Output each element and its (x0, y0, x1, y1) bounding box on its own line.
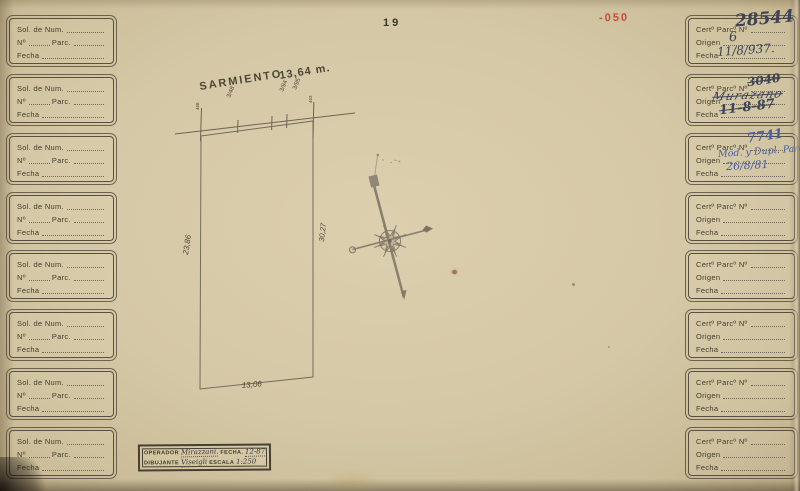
dotted-line (723, 271, 785, 281)
sol-num-label: Sol. de Num. (17, 25, 64, 35)
handwritten-fecha: 26/8/81 (726, 159, 769, 172)
dotted-line (751, 317, 785, 327)
side-bottom-measure: 13,06 (241, 379, 262, 390)
fecha-label: Fecha (696, 463, 718, 473)
fecha-label: Fecha (17, 110, 39, 120)
dotted-line (29, 271, 50, 281)
dotted-line (721, 226, 785, 236)
sol-num-box-6: Sol. de Num. NºParc. Fecha (9, 312, 114, 358)
cert-parc-label: Certº Parcº Nº (696, 319, 748, 329)
dotted-line (74, 448, 104, 458)
fecha-label: Fecha (696, 404, 718, 414)
paper-stain (572, 283, 575, 286)
handwritten-origen: 6 (728, 31, 738, 45)
parc-label: Parc. (52, 38, 71, 48)
dotted-line (42, 167, 104, 177)
dotted-line (723, 330, 785, 340)
no-label: Nº (17, 332, 26, 342)
street-length-label: 13,64 m. (279, 62, 332, 82)
dotted-line (67, 258, 104, 268)
dotted-line (751, 376, 785, 386)
cert-parc-box-1: Certº Parcº Nº Origen Fecha 28544 6 11/8… (688, 18, 795, 64)
cert-parc-box-3: Certº Parcº Nº Origen Fecha 7741 Mod. y … (688, 136, 795, 182)
dotted-line (721, 402, 785, 412)
cert-parc-box-5: Certº Parcº Nº Origen Fecha (688, 253, 795, 299)
origen-label: Origen (696, 156, 720, 166)
fecha-label: Fecha (17, 228, 39, 238)
dotted-line (29, 154, 50, 164)
dotted-line (29, 330, 50, 340)
fecha-label: Fecha (696, 51, 718, 61)
dotted-line (29, 95, 50, 105)
dotted-line (721, 461, 785, 471)
side-left-measure: 23,86 (181, 234, 193, 257)
sol-num-box-1: Sol. de Num. NºParc. Fecha (9, 18, 114, 64)
paper-stain (608, 346, 610, 348)
dotted-line (74, 95, 104, 105)
sol-num-box-2: Sol. de Num. NºParc. Fecha (9, 77, 114, 123)
dotted-line (723, 389, 785, 399)
origen-label: Origen (696, 391, 720, 401)
dotted-line (42, 461, 104, 471)
parc-label: Parc. (52, 97, 71, 107)
dotted-line (74, 213, 104, 223)
sol-num-box-3: Sol. de Num. NºParc. Fecha (9, 136, 114, 182)
cert-parc-box-6: Certº Parcº Nº Origen Fecha (688, 312, 795, 358)
cert-parc-box-4: Certº Parcº Nº Origen Fecha (688, 195, 795, 241)
compass-rose-icon (350, 154, 434, 300)
fecha-label: Fecha (17, 286, 39, 296)
cert-parc-label: Certº Parcº Nº (696, 202, 748, 212)
no-label: Nº (17, 156, 26, 166)
parc-label: Parc. (52, 391, 71, 401)
no-label: Nº (17, 273, 26, 283)
street-name-label: SARMIENTO (199, 68, 284, 93)
dotted-line (42, 108, 104, 118)
cert-parc-label: Certº Parcº Nº (696, 260, 748, 270)
cert-parc-box-2: Certº Parcº Nº Origen Fecha 3040 Murazan… (688, 77, 795, 123)
origen-label: Origen (696, 215, 720, 225)
fecha-label: FECHA. (220, 450, 243, 456)
escala-label: ESCALA (209, 460, 234, 466)
fecha-label: Fecha (17, 463, 39, 473)
sol-num-label: Sol. de Num. (17, 378, 64, 388)
parc-label: Parc. (52, 450, 71, 460)
street-line (175, 102, 355, 141)
origen-label: Origen (696, 273, 720, 283)
cert-parc-box-7: Certº Parcº Nº Origen Fecha (688, 371, 795, 417)
fecha-label: Fecha (696, 345, 718, 355)
tick-end-label: 468 (195, 102, 200, 110)
sol-num-label: Sol. de Num. (17, 260, 64, 270)
dotted-line (29, 448, 50, 458)
plot-plan: SARMIENTO 13,64 m. 3/48 3/94 3/95 468 46… (150, 50, 470, 420)
fecha-label: Fecha (696, 286, 718, 296)
paper-specks (382, 159, 400, 163)
dotted-line (67, 23, 104, 33)
dotted-line (42, 402, 104, 412)
dotted-line (67, 435, 104, 445)
no-label: Nº (17, 38, 26, 48)
surveyor-stamp: OPERADOR Mirazzani. FECHA. 12-87 DIBUJAN… (138, 444, 271, 472)
sol-num-label: Sol. de Num. (17, 202, 64, 212)
sol-num-label: Sol. de Num. (17, 319, 64, 329)
dotted-line (723, 213, 785, 223)
no-label: Nº (17, 97, 26, 107)
cert-parc-label: Certº Parcº Nº (696, 437, 748, 447)
dotted-line (751, 435, 785, 445)
dotted-line (67, 376, 104, 386)
fecha-label: Fecha (17, 345, 39, 355)
side-right-measure: 30,27 (317, 222, 328, 242)
fecha-value: 12-87 (245, 448, 265, 457)
fecha-label: Fecha (17, 51, 39, 61)
sol-num-box-4: Sol. de Num. NºParc. Fecha (9, 195, 114, 241)
dotted-line (74, 389, 104, 399)
fecha-label: Fecha (696, 228, 718, 238)
dotted-line (29, 389, 50, 399)
dotted-line (67, 141, 104, 151)
dotted-line (751, 258, 785, 268)
sol-num-box-7: Sol. de Num. NºParc. Fecha (9, 371, 114, 417)
dibujante-name: Viseigli (181, 458, 207, 468)
page-number: 19 (383, 17, 401, 29)
operador-label: OPERADOR (144, 450, 179, 456)
operador-name: Mirazzani. (181, 448, 219, 458)
dotted-line (751, 200, 785, 210)
dotted-line (67, 82, 104, 92)
parcel-outline (200, 121, 313, 389)
sol-num-box-8: Sol. de Num. NºParc. Fecha (9, 430, 114, 476)
fecha-label: Fecha (696, 169, 718, 179)
dotted-line (29, 36, 50, 46)
parcel-record-card: 19 -050 Sol. de Num. NºParc. Fecha Sol. … (0, 0, 800, 491)
dotted-line (42, 343, 104, 353)
origen-label: Origen (696, 450, 720, 460)
parc-label: Parc. (52, 332, 71, 342)
fecha-label: Fecha (17, 404, 39, 414)
cert-parc-label: Certº Parcº Nº (696, 378, 748, 388)
fecha-label: Fecha (696, 110, 718, 120)
dotted-line (74, 36, 104, 46)
dibujante-label: DIBUJANTE (144, 460, 179, 466)
dotted-line (67, 317, 104, 327)
dotted-line (42, 284, 104, 294)
dotted-line (74, 154, 104, 164)
dotted-line (67, 200, 104, 210)
sol-num-label: Sol. de Num. (17, 84, 64, 94)
dotted-line (42, 226, 104, 236)
dotted-line (29, 213, 50, 223)
sol-num-label: Sol. de Num. (17, 437, 64, 447)
page-edge-highlight (793, 0, 800, 491)
origen-label: Origen (696, 332, 720, 342)
cert-parc-box-8: Certº Parcº Nº Origen Fecha (688, 430, 795, 476)
dotted-line (723, 448, 785, 458)
dotted-line (721, 284, 785, 294)
parc-label: Parc. (52, 273, 71, 283)
no-label: Nº (17, 391, 26, 401)
dotted-line (74, 271, 104, 281)
parc-label: Parc. (52, 215, 71, 225)
no-label: Nº (17, 450, 26, 460)
dotted-line (42, 49, 104, 59)
fecha-label: Fecha (17, 169, 39, 179)
plan-labels: SARMIENTO 13,64 m. 3/48 3/94 3/95 468 46… (181, 62, 331, 390)
no-label: Nº (17, 215, 26, 225)
sol-num-box-5: Sol. de Num. NºParc. Fecha (9, 253, 114, 299)
tick-end-label: 463 (308, 95, 313, 103)
parc-label: Parc. (52, 156, 71, 166)
escala-value: 1:250 (236, 458, 256, 467)
dotted-line (74, 330, 104, 340)
dotted-line (721, 343, 785, 353)
red-code-stamp: -050 (599, 12, 629, 25)
sol-num-label: Sol. de Num. (17, 143, 64, 153)
